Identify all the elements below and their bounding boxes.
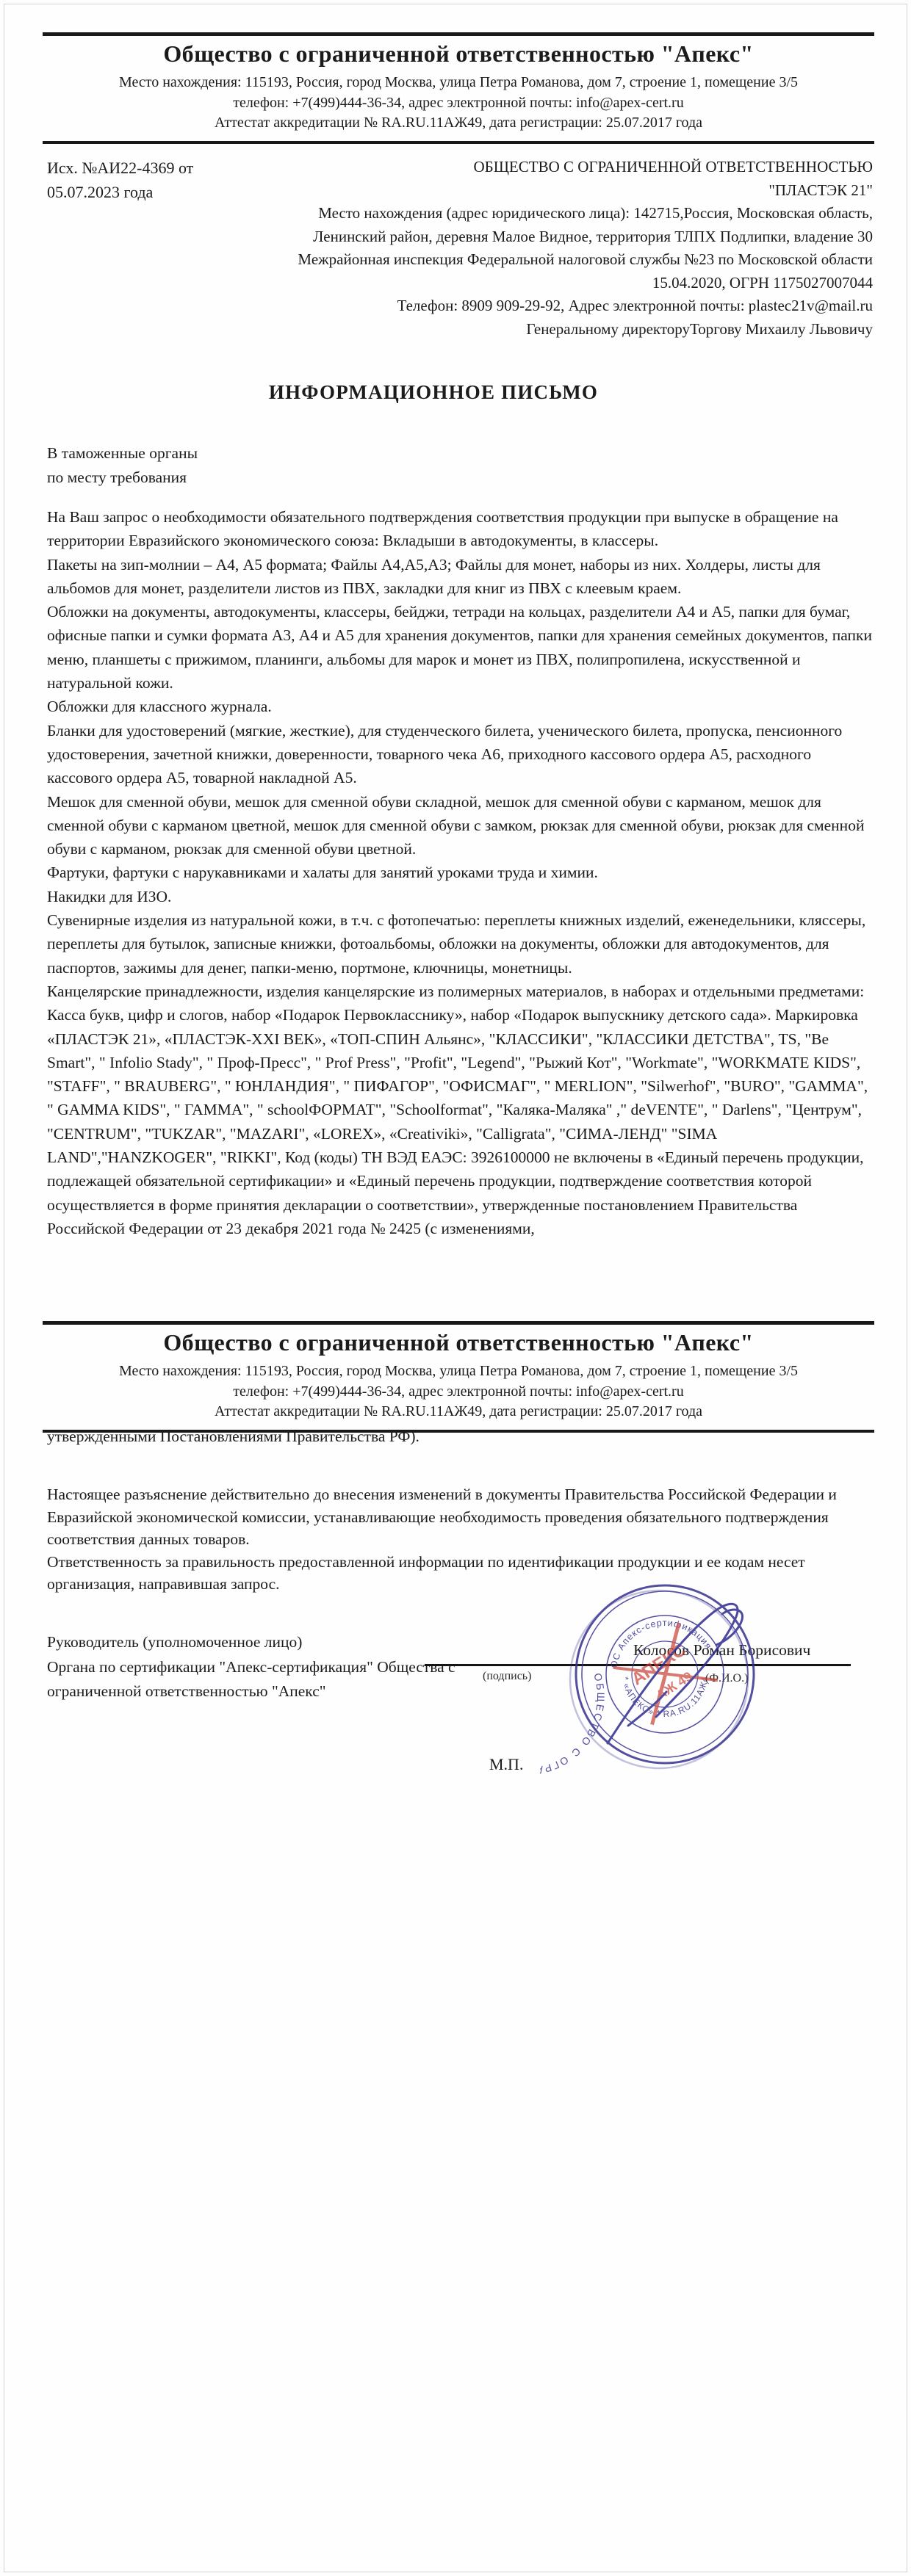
- outgoing-reference: Исх. №АИ22-4369 от 05.07.2023 года: [47, 156, 297, 204]
- letter-title: ИНФОРМАЦИОННОЕ ПИСЬМО: [0, 381, 867, 404]
- company-accreditation-line: Аттестат аккредитации № RA.RU.11АЖ49, да…: [48, 113, 868, 134]
- svg-text:ОБЩЕСТВО С ОГРАНИЧЕННОЙ ОТВЕТС: ОБЩЕСТВО С ОГРАНИЧЕННОЙ ОТВЕТСТВЕННОСТЬЮ: [540, 1616, 607, 1777]
- outgoing-date: 05.07.2023 года: [47, 180, 297, 204]
- company-phone-line: телефон: +7(499)444-36-34, адрес электро…: [48, 93, 868, 114]
- letterhead: Общество с ограниченной ответственностью…: [43, 32, 874, 144]
- body-paragraph: Обложки для классного журнала.: [47, 695, 873, 718]
- body-paragraph: Настоящее разъяснение действительно до в…: [47, 1483, 873, 1551]
- signatory-role-line: Руководитель (уполномоченное лицо): [47, 1630, 458, 1655]
- company-title: Общество с ограниченной ответственностью…: [48, 1329, 868, 1356]
- signatory-role-block: Руководитель (уполномоченное лицо) Орган…: [47, 1630, 458, 1704]
- body-paragraph: Бланки для удостоверений (мягкие, жестки…: [47, 719, 873, 790]
- recipient-company-name: "ПЛАСТЭК 21": [294, 179, 873, 203]
- signature-caption: (подпись): [483, 1670, 531, 1683]
- round-company-stamp-icon: ОБЩЕСТВО С ОГРАНИЧЕННОЙ ОТВЕТСТВЕННОСТЬЮ…: [540, 1569, 790, 1781]
- stamp-ring-text: ОБЩЕСТВО С ОГРАНИЧЕННОЙ ОТВЕТСТВЕННОСТЬЮ: [540, 1616, 607, 1777]
- company-title: Общество с ограниченной ответственностью…: [48, 40, 868, 68]
- letter-body-page1: На Ваш запрос о необходимости обязательн…: [47, 505, 873, 1240]
- addressee-line: по месту требования: [47, 466, 198, 490]
- stamp-place-mark: М.П.: [489, 1755, 523, 1774]
- company-accreditation-line: Аттестат аккредитации № RA.RU.11АЖ49, да…: [48, 1402, 868, 1422]
- body-paragraph: На Ваш запрос о необходимости обязательн…: [47, 505, 873, 553]
- outgoing-number: Исх. №АИ22-4369 от: [47, 156, 297, 180]
- addressee-block: В таможенные органы по месту требования: [47, 441, 198, 490]
- body-paragraph: Накидки для ИЗО.: [47, 885, 873, 908]
- letterhead-page2: Общество с ограниченной ответственностью…: [43, 1321, 874, 1433]
- body-paragraph: Фартуки, фартуки с нарукавниками и халат…: [47, 861, 873, 884]
- recipient-director: Генеральному директоруТоргову Михаилу Ль…: [294, 318, 873, 341]
- body-paragraph: Обложки на документы, автодокументы, кла…: [47, 600, 873, 695]
- recipient-registration: Межрайонная инспекция Федеральной налого…: [294, 248, 873, 294]
- company-address-line: Место нахождения: 115193, Россия, город …: [48, 73, 868, 93]
- recipient-address: Место нахождения (адрес юридического лиц…: [294, 202, 873, 248]
- recipient-phone: Телефон: 8909 909-29-92, Адрес электронн…: [294, 294, 873, 318]
- recipient-block: ОБЩЕСТВО С ОГРАНИЧЕННОЙ ОТВЕТСТВЕННОСТЬЮ…: [294, 156, 873, 341]
- signatory-org-line: Органа по сертификации "Апекс-сертификац…: [47, 1655, 458, 1704]
- company-address-line: Место нахождения: 115193, Россия, город …: [48, 1361, 868, 1382]
- company-phone-line: телефон: +7(499)444-36-34, адрес электро…: [48, 1382, 868, 1403]
- scanned-letter-page: Общество с ограниченной ответственностью…: [0, 0, 911, 2576]
- recipient-company-line: ОБЩЕСТВО С ОГРАНИЧЕННОЙ ОТВЕТСТВЕННОСТЬЮ: [294, 156, 873, 179]
- addressee-line: В таможенные органы: [47, 441, 198, 466]
- body-paragraph: Мешок для сменной обуви, мешок для сменн…: [47, 790, 873, 861]
- body-continuation-line: утвержденными Постановлениями Правительс…: [47, 1428, 420, 1446]
- body-paragraph: Пакеты на зип-молнии – А4, А5 формата; Ф…: [47, 553, 873, 601]
- body-paragraph: Сувенирные изделия из натуральной кожи, …: [47, 908, 873, 980]
- body-paragraph: Канцелярские принадлежности, изделия кан…: [47, 980, 873, 1240]
